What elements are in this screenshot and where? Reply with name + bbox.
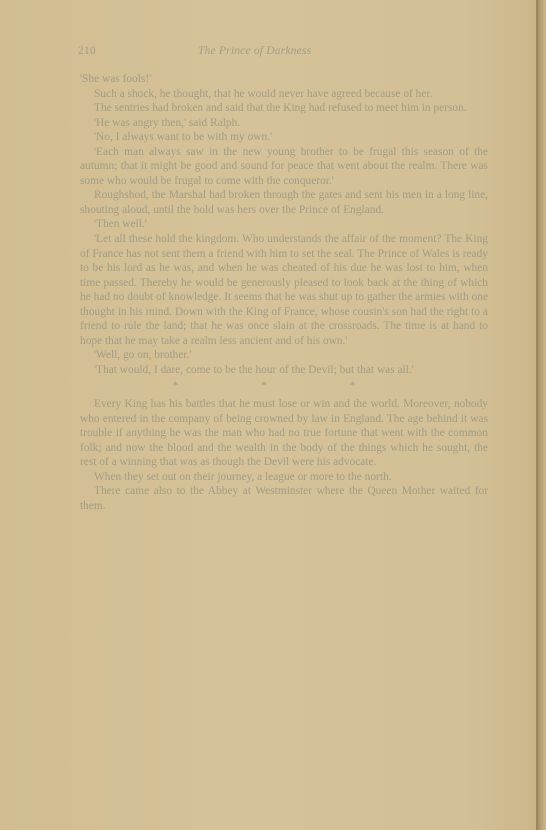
paragraph: Such a shock, he thought, that he would … (80, 87, 488, 102)
page-number: 210 (78, 45, 96, 57)
paragraph: 'Well, go on, brother.' (80, 348, 488, 363)
paragraph: 'Let all these hold the kingdom. Who und… (80, 232, 488, 348)
paragraph: 'No, I always want to be with my own.' (80, 130, 488, 145)
paragraph: There came also to the Abbey at Westmins… (80, 484, 488, 513)
paragraph: 'Then well.' (80, 217, 488, 232)
page-header: 210 The Prince of Darkness (78, 45, 488, 59)
paragraph: 'Each man always saw in the new young br… (80, 145, 488, 189)
paragraph: 'She was fools!' (80, 72, 488, 87)
body-text: 'She was fools!' Such a shock, he though… (80, 72, 488, 513)
page-gutter-shadow (538, 0, 546, 830)
paragraph: Every King has his battles that he must … (80, 397, 488, 470)
running-head: The Prince of Darkness (198, 45, 311, 57)
section-separator: * * * (80, 379, 488, 394)
paragraph: Roughshod, the Marshal had broken throug… (80, 188, 488, 217)
book-page: 210 The Prince of Darkness 'She was fool… (0, 0, 546, 830)
paragraph: 'That would, I dare, come to be the hour… (80, 363, 488, 378)
paragraph: 'He was angry then,' said Ralph. (80, 116, 488, 131)
paragraph: When they set out on their journey, a le… (80, 470, 488, 485)
paragraph: The sentries had broken and said that th… (80, 101, 488, 116)
